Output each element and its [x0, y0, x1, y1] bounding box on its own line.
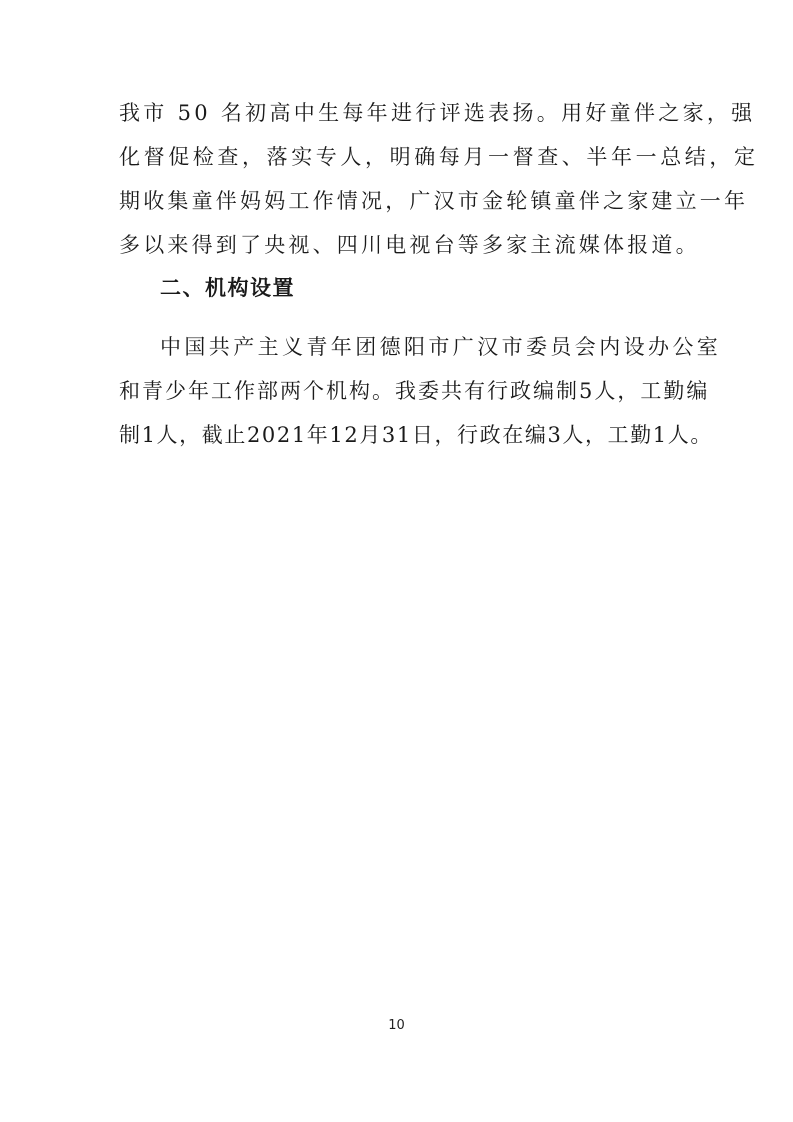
paragraph-line: 期收集童伴妈妈工作情况，广汉市金轮镇童伴之家建立一年: [119, 187, 748, 215]
paragraph-line: 我市 50 名初高中生每年进行评选表扬。用好童伴之家，强: [119, 99, 755, 127]
paragraph-line: 中国共产主义青年团德阳市广汉市委员会内设办公室: [160, 333, 721, 361]
paragraph-line: 化督促检查，落实专人，明确每月一督查、半年一总结，定: [119, 143, 759, 171]
paragraph-line: 制1人，截止2021年12月31日，行政在编3人，工勤1人。: [119, 421, 713, 449]
paragraph-line: 和青少年工作部两个机构。我委共有行政编制5人，工勤编: [119, 377, 709, 405]
page-number: 10: [0, 1018, 793, 1033]
paragraph-line: 多以来得到了央视、四川电视台等多家主流媒体报道。: [119, 231, 700, 259]
document-page: 我市 50 名初高中生每年进行评选表扬。用好童伴之家，强 化督促检查，落实专人，…: [0, 0, 793, 1122]
section-heading: 二、机构设置: [160, 274, 295, 302]
